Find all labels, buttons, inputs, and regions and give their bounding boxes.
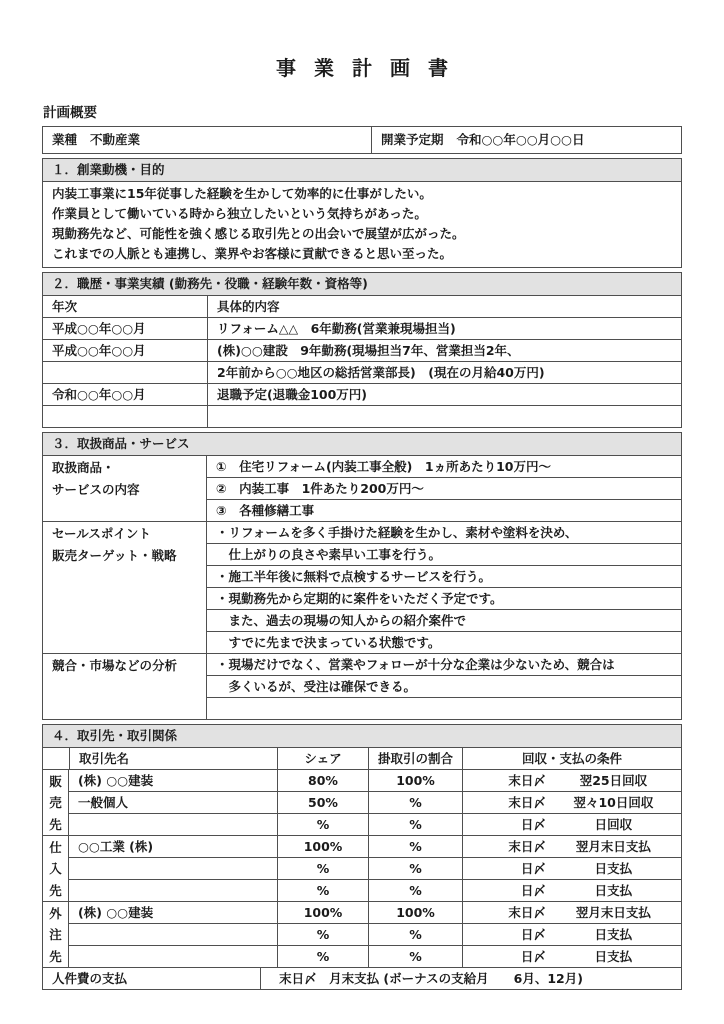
career-detail-header: 具体的内容 xyxy=(207,296,681,317)
career-detail: (株)○○建設 9年勤務(現場担当7年、営業担当2年、 xyxy=(207,340,681,361)
section-career: ２．職歴・事業実績 (勤務先・役職・経験年数・資格等) 年次 具体的内容 平成○… xyxy=(42,272,682,428)
sales-point-label-line: 販売ターゲット・戦略 xyxy=(52,545,206,567)
terms-payment: 翌月末日支払 xyxy=(546,902,681,923)
partner-terms: 日〆日支払 xyxy=(462,880,681,901)
section-1-content: 内装工事業に15年従事した経験を生かして効率的に仕事がしたい。 作業員として働い… xyxy=(43,181,681,267)
labor-cost-row: 人件費の支払 末日〆 月末支払 (ボーナスの支給月 6月、12月) xyxy=(43,967,681,989)
partner-credit: % xyxy=(368,836,462,857)
motivation-line: 作業員として働いている時から独立したいという気持ちがあった。 xyxy=(43,204,681,224)
sales-point-line: ・現勤務先から定期的に案件をいただく予定です。 xyxy=(207,587,681,609)
products-services-group: 取扱商品・ サービスの内容 ① 住宅リフォーム(内装工事全般) 1ヵ所あたり10… xyxy=(43,455,681,521)
career-detail: リフォーム△△ 6年勤務(営業兼現場担当) xyxy=(207,318,681,339)
partner-row: ○○工業 (株) 100% % 末日〆翌月末日支払 xyxy=(69,836,681,857)
terms-payment: 翌月末日支払 xyxy=(546,836,681,857)
partners-header-corner xyxy=(43,748,69,769)
col-header-share: シェア xyxy=(277,748,368,769)
partner-name: 一般個人 xyxy=(69,792,277,813)
sales-point-label: セールスポイント 販売ターゲット・戦略 xyxy=(43,522,207,653)
supplier-rows: ○○工業 (株) 100% % 末日〆翌月末日支払 % % 日〆日支払 % xyxy=(69,836,681,901)
col-header-terms: 回収・支払の条件 xyxy=(462,748,681,769)
terms-payment: 日支払 xyxy=(546,880,681,901)
partner-credit: % xyxy=(368,792,462,813)
overview-row: 業種不動産業 開業予定期令和○○年○○月○○日 xyxy=(43,127,681,153)
career-row: 令和○○年○○月 退職予定(退職金100万円) xyxy=(43,383,681,405)
sales-point-line: 仕上がりの良さや素早い工事を行う。 xyxy=(207,543,681,565)
industry-cell: 業種不動産業 xyxy=(43,127,371,153)
terms-closing: 日〆 xyxy=(463,880,546,901)
terms-payment: 日支払 xyxy=(546,924,681,945)
product-item: ① 住宅リフォーム(内装工事全般) 1ヵ所あたり10万円～ xyxy=(207,456,681,477)
terms-closing: 日〆 xyxy=(463,924,546,945)
products-label: 取扱商品・ サービスの内容 xyxy=(43,456,207,521)
section-1-heading: １．創業動機・目的 xyxy=(43,159,681,181)
group-label-char: 売 xyxy=(49,793,62,811)
sales-point-line: ・リフォームを多く手掛けた経験を生かし、素材や塗料を決め、 xyxy=(207,522,681,543)
competition-group: 競合・市場などの分析 ・現場だけでなく、営業やフォローが十分な企業は少ないため、… xyxy=(43,653,681,719)
sales-point-label-line: セールスポイント xyxy=(52,523,206,545)
group-label-char: 仕 xyxy=(49,838,62,856)
group-label-subcontractors: 外 注 先 xyxy=(43,902,69,967)
col-header-credit-ratio: 掛取引の割合 xyxy=(368,748,462,769)
partner-name xyxy=(69,858,277,879)
partner-row: % % 日〆日支払 xyxy=(69,857,681,879)
competition-rows: ・現場だけでなく、営業やフォローが十分な企業は少ないため、競合は 多くいるが、受… xyxy=(207,654,681,719)
section-4-heading: ４．取引先・取引関係 xyxy=(43,725,681,747)
partner-terms: 末日〆翌月末日支払 xyxy=(462,836,681,857)
terms-payment: 日支払 xyxy=(546,858,681,879)
partner-row: (株) ○○建装 80% 100% 末日〆翌25日回収 xyxy=(69,770,681,791)
partner-row: % % 日〆日支払 xyxy=(69,879,681,901)
section-2-heading: ２．職歴・事業実績 (勤務先・役職・経験年数・資格等) xyxy=(43,273,681,295)
group-label-char: 外 xyxy=(49,904,62,922)
products-label-line: サービスの内容 xyxy=(52,479,206,501)
partner-name xyxy=(69,814,277,835)
terms-closing: 日〆 xyxy=(463,814,546,835)
competition-label-line: 競合・市場などの分析 xyxy=(52,655,206,677)
partner-name: (株) ○○建装 xyxy=(69,770,277,791)
plan-overview-heading: 計画概要 xyxy=(43,101,724,121)
sales-point-line: ・施工半年後に無料で点検するサービスを行う。 xyxy=(207,565,681,587)
subcontractor-rows: (株) ○○建装 100% 100% 末日〆翌月末日支払 % % 日〆日支払 % xyxy=(69,902,681,967)
group-label-sales: 販 売 先 xyxy=(43,770,69,835)
career-year: 平成○○年○○月 xyxy=(43,340,207,361)
motivation-line: 内装工事業に15年従事した経験を生かして効率的に仕事がしたい。 xyxy=(43,184,681,204)
career-row-empty xyxy=(43,405,681,427)
career-year: 平成○○年○○月 xyxy=(43,318,207,339)
partner-credit: 100% xyxy=(368,770,462,791)
partner-row: % % 日〆日支払 xyxy=(69,945,681,967)
product-item: ③ 各種修繕工事 xyxy=(207,499,681,521)
products-rows: ① 住宅リフォーム(内装工事全般) 1ヵ所あたり10万円～ ② 内装工事 1件あ… xyxy=(207,456,681,521)
partner-share: % xyxy=(277,880,368,901)
partner-terms: 日〆日回収 xyxy=(462,814,681,835)
document-title: 事業計画書 xyxy=(0,0,724,81)
group-label-char: 先 xyxy=(49,881,62,899)
labor-cost-value: 末日〆 月末支払 (ボーナスの支給月 6月、12月) xyxy=(260,968,681,989)
career-year xyxy=(43,406,207,427)
terms-payment: 翌25日回収 xyxy=(546,770,681,791)
career-header-row: 年次 具体的内容 xyxy=(43,295,681,317)
career-detail xyxy=(207,406,681,427)
group-label-char: 先 xyxy=(49,947,62,965)
terms-closing: 日〆 xyxy=(463,946,546,967)
group-label-char: 注 xyxy=(49,925,62,943)
terms-closing: 末日〆 xyxy=(463,792,546,813)
partner-terms: 末日〆翌々10日回収 xyxy=(462,792,681,813)
business-plan-document: 事業計画書 計画概要 業種不動産業 開業予定期令和○○年○○月○○日 １．創業動… xyxy=(0,0,724,1024)
section-products: ３．取扱商品・サービス 取扱商品・ サービスの内容 ① 住宅リフォーム(内装工事… xyxy=(42,432,682,720)
partner-credit: % xyxy=(368,924,462,945)
section-partners: ４．取引先・取引関係 取引先名 シェア 掛取引の割合 回収・支払の条件 販 売 … xyxy=(42,724,682,990)
partner-share: 50% xyxy=(277,792,368,813)
terms-payment: 日回収 xyxy=(546,814,681,835)
group-label-char: 販 xyxy=(49,772,62,790)
sales-point-line: すでに先まで決まっている状態です。 xyxy=(207,631,681,653)
partner-share: % xyxy=(277,924,368,945)
competition-label: 競合・市場などの分析 xyxy=(43,654,207,719)
career-row: 平成○○年○○月 (株)○○建設 9年勤務(現場担当7年、営業担当2年、 xyxy=(43,339,681,361)
sales-point-line: また、過去の現場の知人からの紹介案件で xyxy=(207,609,681,631)
opening-date-value: 令和○○年○○月○○日 xyxy=(457,132,585,147)
subcontractor-group: 外 注 先 (株) ○○建装 100% 100% 末日〆翌月末日支払 % % xyxy=(43,901,681,967)
competition-line: ・現場だけでなく、営業やフォローが十分な企業は少ないため、競合は xyxy=(207,654,681,675)
career-row: 平成○○年○○月 リフォーム△△ 6年勤務(営業兼現場担当) xyxy=(43,317,681,339)
partner-row: 一般個人 50% % 末日〆翌々10日回収 xyxy=(69,791,681,813)
partner-credit: % xyxy=(368,814,462,835)
terms-closing: 末日〆 xyxy=(463,770,546,791)
opening-date-cell: 開業予定期令和○○年○○月○○日 xyxy=(371,127,681,153)
partner-share: 100% xyxy=(277,902,368,923)
terms-payment: 日支払 xyxy=(546,946,681,967)
partner-terms: 末日〆翌25日回収 xyxy=(462,770,681,791)
section-3-heading: ３．取扱商品・サービス xyxy=(43,433,681,455)
partner-credit: % xyxy=(368,946,462,967)
partner-name xyxy=(69,924,277,945)
plan-sheet: 業種不動産業 開業予定期令和○○年○○月○○日 １．創業動機・目的 内装工事業に… xyxy=(42,126,682,990)
competition-line xyxy=(207,697,681,719)
sales-point-rows: ・リフォームを多く手掛けた経験を生かし、素材や塗料を決め、 仕上がりの良さや素早… xyxy=(207,522,681,653)
career-row: 2年前から○○地区の総括営業部長) (現在の月給40万円) xyxy=(43,361,681,383)
opening-date-label: 開業予定期 xyxy=(381,132,444,147)
career-year-header: 年次 xyxy=(43,296,207,317)
career-year xyxy=(43,362,207,383)
career-detail: 2年前から○○地区の総括営業部長) (現在の月給40万円) xyxy=(207,362,681,383)
partner-terms: 日〆日支払 xyxy=(462,858,681,879)
terms-closing: 日〆 xyxy=(463,858,546,879)
overview-table: 業種不動産業 開業予定期令和○○年○○月○○日 xyxy=(42,126,682,154)
partner-credit: % xyxy=(368,880,462,901)
partners-header-row: 取引先名 シェア 掛取引の割合 回収・支払の条件 xyxy=(43,747,681,769)
partner-share: % xyxy=(277,858,368,879)
labor-cost-label: 人件費の支払 xyxy=(43,968,260,989)
partner-row: % % 日〆日回収 xyxy=(69,813,681,835)
partner-share: 100% xyxy=(277,836,368,857)
motivation-line: 現勤務先など、可能性を強く感じる取引先との出会いで展望が広がった。 xyxy=(43,224,681,244)
partner-row: (株) ○○建装 100% 100% 末日〆翌月末日支払 xyxy=(69,902,681,923)
industry-label: 業種 xyxy=(52,132,77,147)
partner-terms: 日〆日支払 xyxy=(462,946,681,967)
partner-credit: % xyxy=(368,858,462,879)
terms-closing: 末日〆 xyxy=(463,836,546,857)
group-label-char: 先 xyxy=(49,815,62,833)
career-detail: 退職予定(退職金100万円) xyxy=(207,384,681,405)
partner-name: (株) ○○建装 xyxy=(69,902,277,923)
partner-name xyxy=(69,946,277,967)
terms-closing: 末日〆 xyxy=(463,902,546,923)
partner-row: % % 日〆日支払 xyxy=(69,923,681,945)
sales-point-group: セールスポイント 販売ターゲット・戦略 ・リフォームを多く手掛けた経験を生かし、… xyxy=(43,521,681,653)
sales-partner-rows: (株) ○○建装 80% 100% 末日〆翌25日回収 一般個人 50% % 末… xyxy=(69,770,681,835)
group-label-char: 入 xyxy=(49,859,62,877)
section-motivation: １．創業動機・目的 内装工事業に15年従事した経験を生かして効率的に仕事がしたい… xyxy=(42,158,682,268)
product-item: ② 内装工事 1件あたり200万円～ xyxy=(207,477,681,499)
supplier-group: 仕 入 先 ○○工業 (株) 100% % 末日〆翌月末日支払 % % xyxy=(43,835,681,901)
partner-share: % xyxy=(277,946,368,967)
partner-share: 80% xyxy=(277,770,368,791)
motivation-line: これまでの人脈とも連携し、業界やお客様に貢献できると思い至った。 xyxy=(43,244,681,264)
competition-line: 多くいるが、受注は確保できる。 xyxy=(207,675,681,697)
partner-name xyxy=(69,880,277,901)
partner-terms: 日〆日支払 xyxy=(462,924,681,945)
terms-payment: 翌々10日回収 xyxy=(546,792,681,813)
partner-share: % xyxy=(277,814,368,835)
group-label-suppliers: 仕 入 先 xyxy=(43,836,69,901)
products-label-line: 取扱商品・ xyxy=(52,457,206,479)
partner-credit: 100% xyxy=(368,902,462,923)
col-header-partner-name: 取引先名 xyxy=(69,748,277,769)
partner-name: ○○工業 (株) xyxy=(69,836,277,857)
industry-value: 不動産業 xyxy=(90,132,140,147)
career-year: 令和○○年○○月 xyxy=(43,384,207,405)
sales-partners-group: 販 売 先 (株) ○○建装 80% 100% 末日〆翌25日回収 一般個人 5… xyxy=(43,769,681,835)
partner-terms: 末日〆翌月末日支払 xyxy=(462,902,681,923)
